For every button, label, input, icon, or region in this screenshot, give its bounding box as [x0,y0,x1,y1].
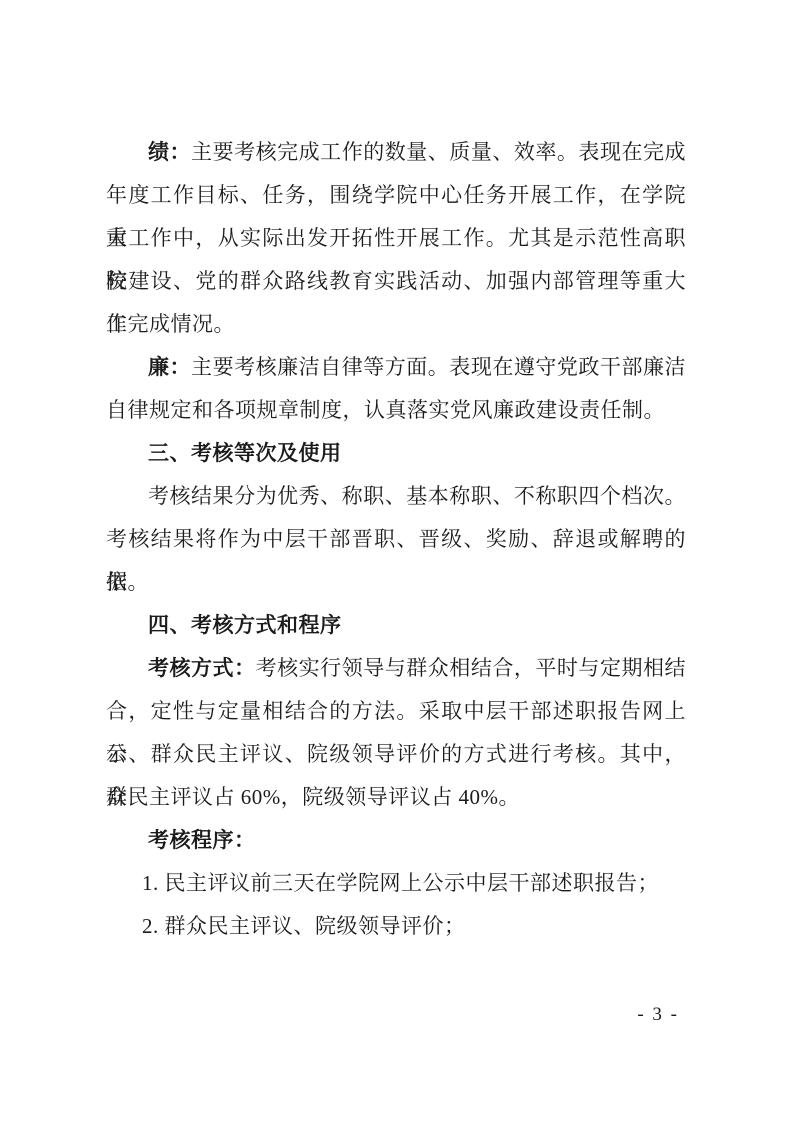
document-page: 绩：主要考核完成工作的数量、质量、效率。表现在完成 年度工作目标、任务，围绕学院… [0,0,793,1122]
paragraph-line: 年度工作目标、任务，围绕学院中心任务开展工作，在学院重 [106,174,686,217]
paragraph-text: 考核实行领导与群众相结合，平时与定期相结 [256,656,686,680]
section-heading: 四、考核方式和程序 [106,604,686,647]
paragraph-line: 校建设、党的群众路线教育实践活动、加强内部管理等重大工 [106,260,686,303]
paragraph-line: 考核方式：考核实行领导与群众相结合，平时与定期相结 [106,647,686,690]
paragraph-line: 示、群众民主评议、院级领导评价的方式进行考核。其中，群 [106,733,686,776]
section-heading: 三、考核等次及使用 [106,432,686,475]
paragraph-line: 众民主评议占 60%，院级领导评议占 40%。 [106,776,686,819]
paragraph-lead: 考核方式： [148,656,256,680]
paragraph-line: 自律规定和各项规章制度，认真落实党风廉政建设责任制。 [106,389,686,432]
paragraph-line: 合，定性与定量相结合的方法。采取中层干部述职报告网上公 [106,690,686,733]
paragraph-text: 主要考核完成工作的数量、质量、效率。表现在完成 [191,140,686,164]
paragraph-lead: 廉： [148,355,191,379]
paragraph-line: 绩：主要考核完成工作的数量、质量、效率。表现在完成 [106,131,686,174]
paragraph-line: 廉：主要考核廉洁自律等方面。表现在遵守党政干部廉洁 [106,346,686,389]
paragraph-line: 据。 [106,561,686,604]
paragraph-line: 大工作中，从实际出发开拓性开展工作。尤其是示范性高职院 [106,217,686,260]
paragraph-lead: 绩： [148,140,191,164]
paragraph-line: 作完成情况。 [106,303,686,346]
paragraph-text: 主要考核廉洁自律等方面。表现在遵守党政干部廉洁 [191,355,686,379]
page-number: - 3 - [637,1001,679,1029]
section-heading: 考核程序： [106,819,686,862]
paragraph-line: 考核结果分为优秀、称职、基本称职、不称职四个档次。 [106,475,686,518]
paragraph-line: 考核结果将作为中层干部晋职、晋级、奖励、辞退或解聘的依 [106,518,686,561]
list-item: 1. 民主评议前三天在学院网上公示中层干部述职报告； [106,862,686,905]
list-item: 2. 群众民主评议、院级领导评价； [106,905,686,948]
page-content: 绩：主要考核完成工作的数量、质量、效率。表现在完成 年度工作目标、任务，围绕学院… [106,131,686,948]
